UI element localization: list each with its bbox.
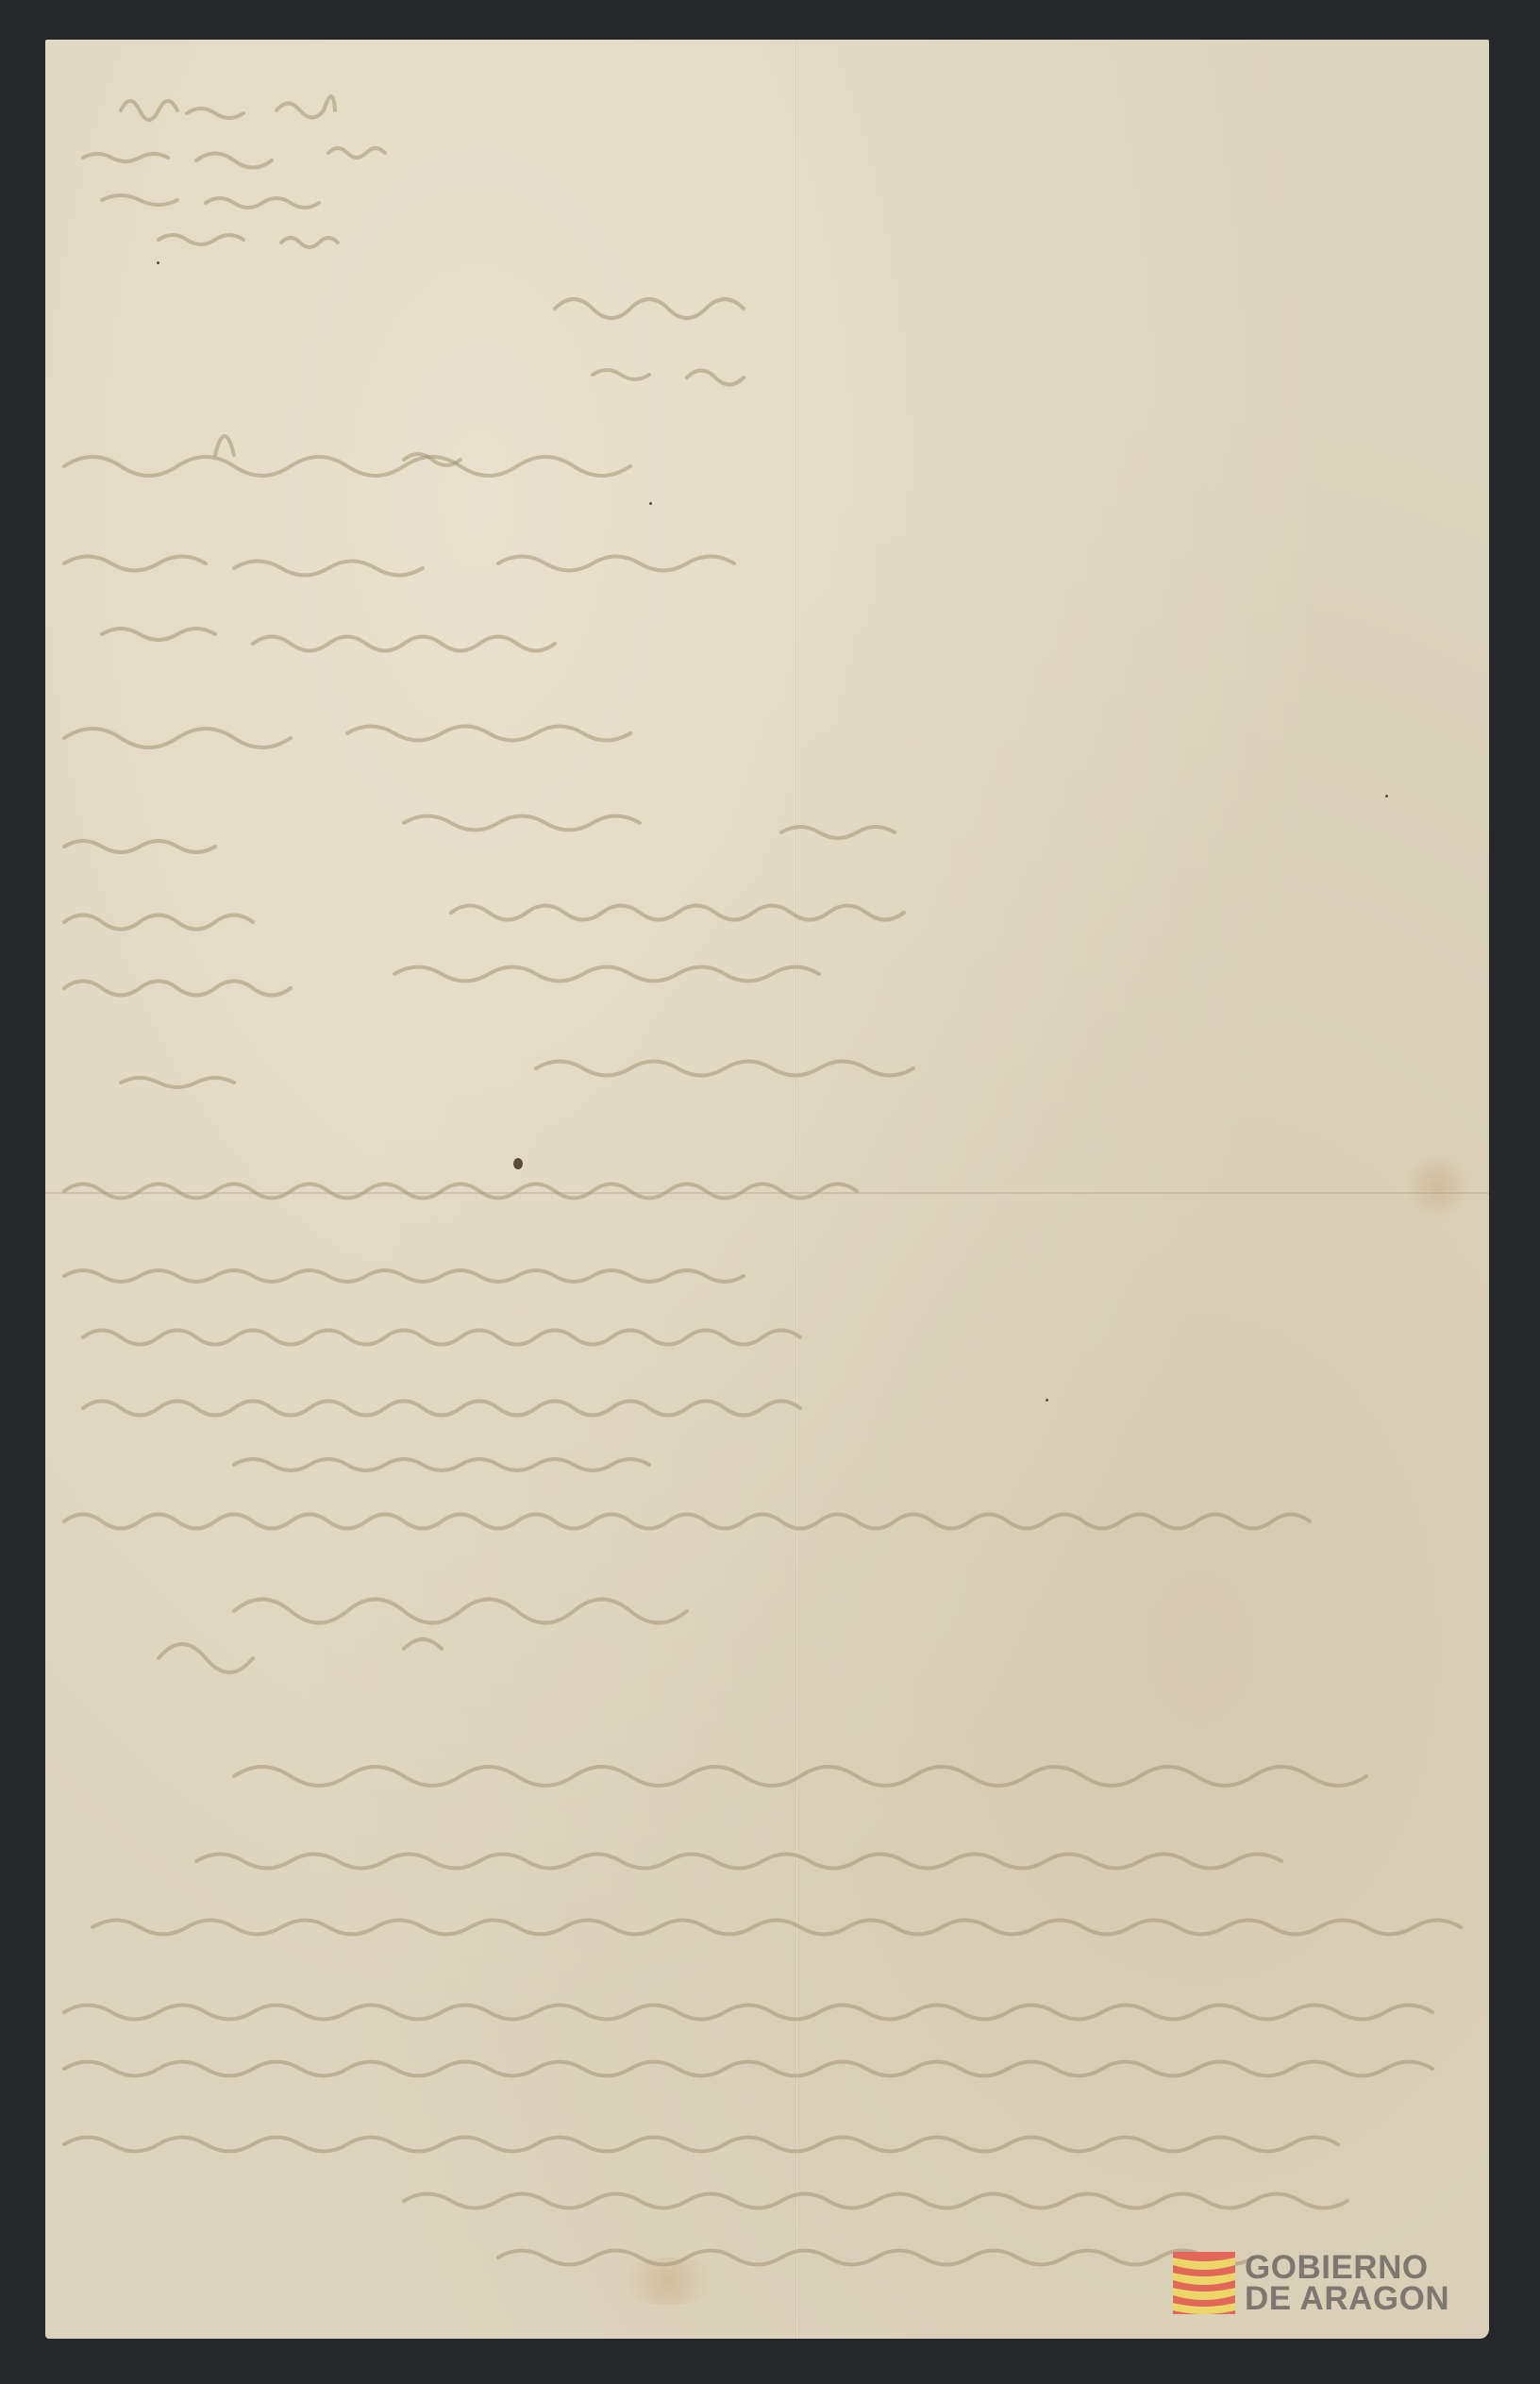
- letter-page: [45, 40, 1489, 2339]
- gobierno-de-aragon-logo: GOBIERNO DE ARAGON: [1173, 2252, 1449, 2314]
- logo-text: GOBIERNO DE ARAGON: [1245, 2252, 1449, 2314]
- aragon-flag-icon: [1173, 2252, 1235, 2314]
- handwriting-bleed-through: [45, 40, 1489, 2339]
- logo-line-1: GOBIERNO: [1245, 2252, 1449, 2283]
- logo-line-2: DE ARAGON: [1245, 2283, 1449, 2314]
